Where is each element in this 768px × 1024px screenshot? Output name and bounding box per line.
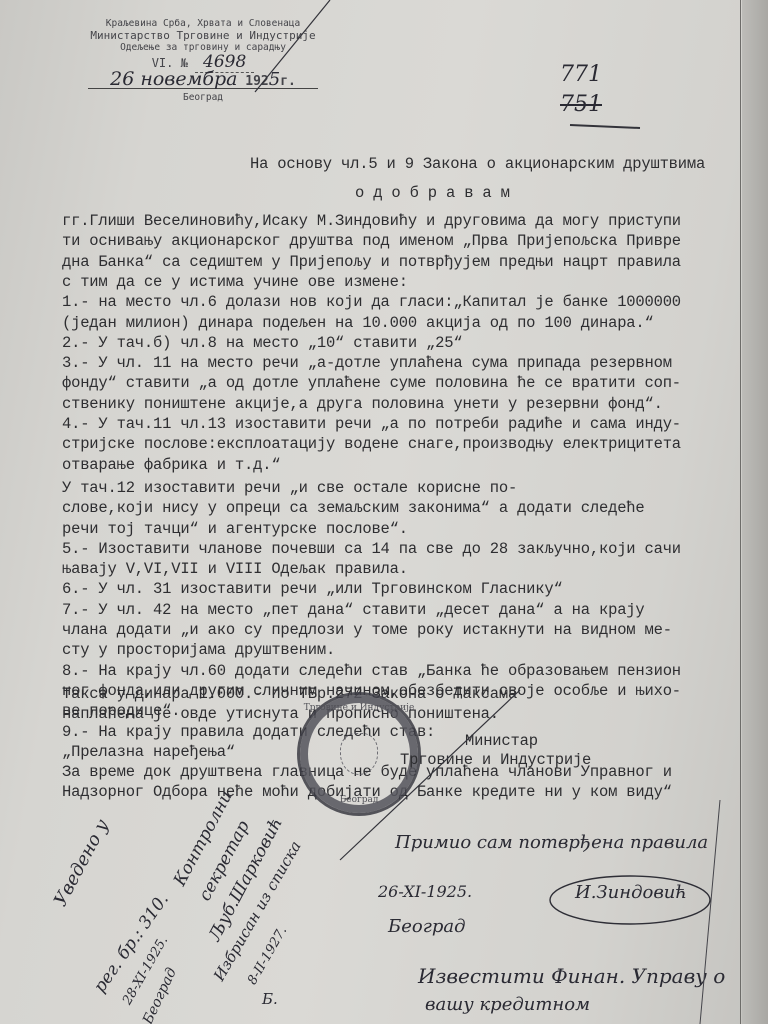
pen-strokes: [0, 0, 768, 1024]
scanned-document-page: Краљевина Срба, Хрвата и Словенаца Минис…: [0, 0, 768, 1024]
